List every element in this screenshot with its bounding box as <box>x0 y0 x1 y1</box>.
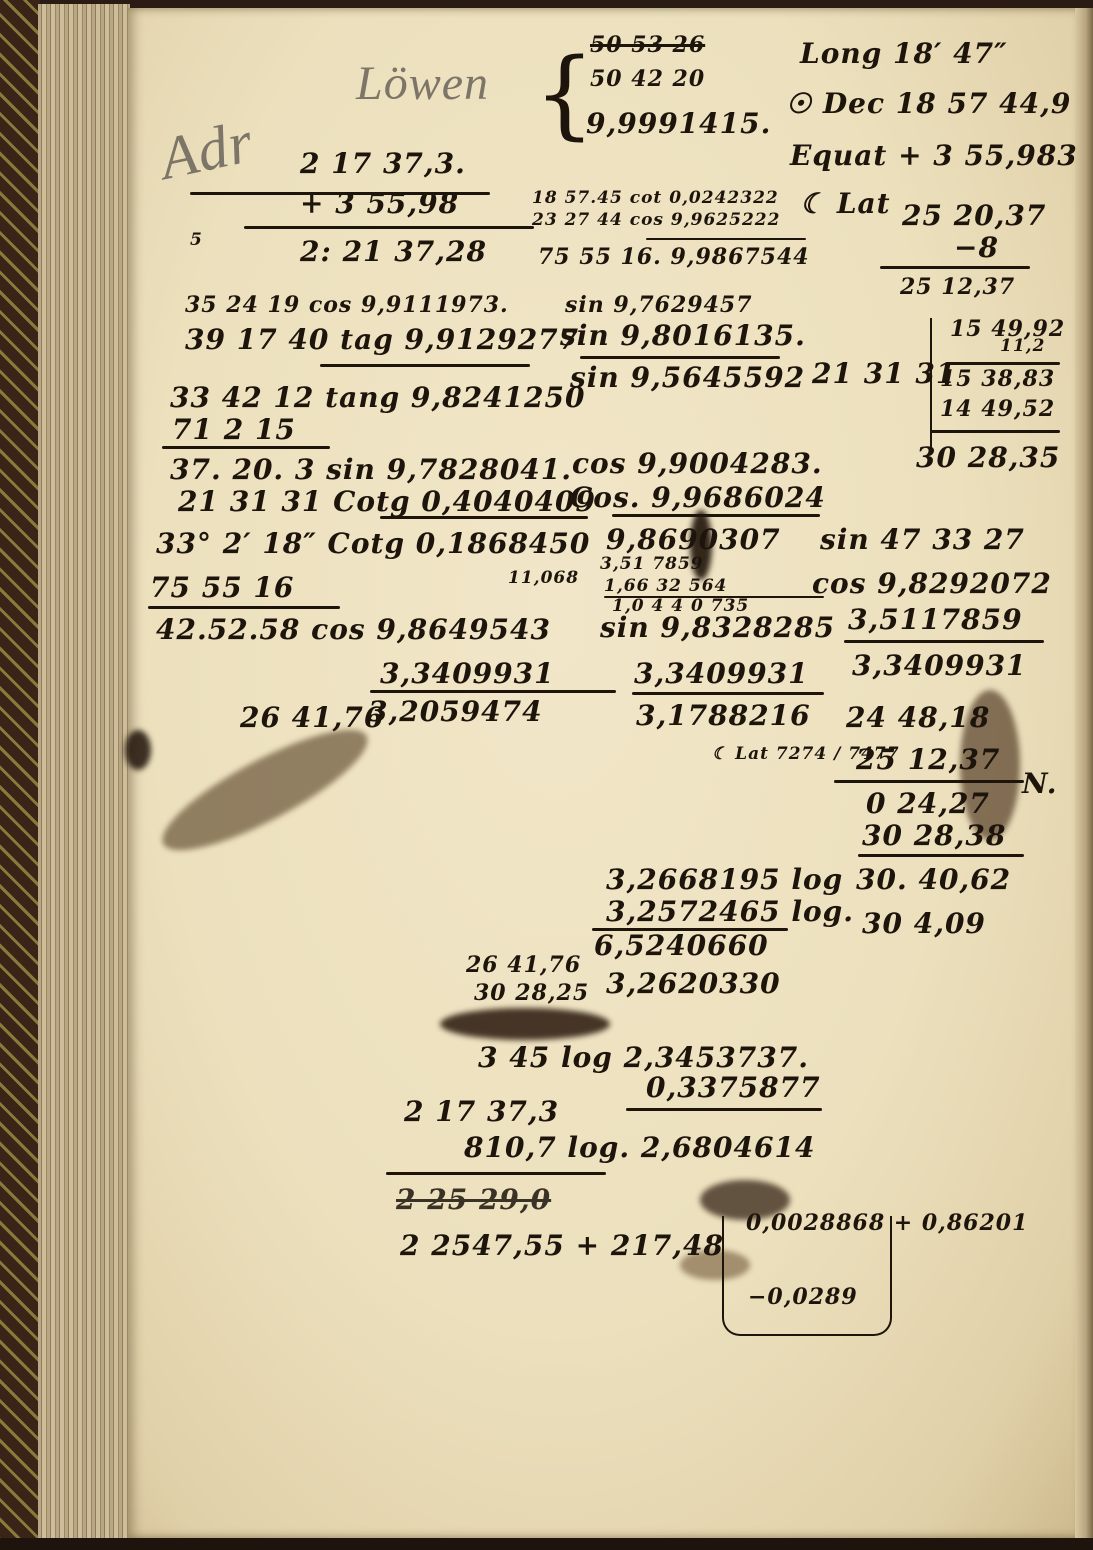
cot-row: 18 57.45 cot 0,0242322 <box>532 190 779 207</box>
moon-lat-result: 25 12,37 <box>900 276 1015 298</box>
row-tang: 33 42 12 tang 9,8241250 <box>170 384 586 412</box>
rule <box>626 1108 822 1111</box>
c1-top: 3,3409931 <box>380 660 555 688</box>
struck-value: 2 25 29,0 <box>396 1186 551 1214</box>
book-cover-edge <box>0 0 40 1550</box>
r-cotg-b: 33° 2′ 18″ Cotg 0,1868450 <box>156 530 590 558</box>
r-cotg: 21 31 31 Cotg 0,4040409 <box>178 488 596 516</box>
zero-row: 0 24,27 <box>866 790 990 818</box>
rule <box>370 690 616 693</box>
rule <box>880 266 1030 269</box>
r-sin-angle: sin 47 33 27 <box>820 526 1025 554</box>
log-half: 3,2620330 <box>606 970 781 998</box>
side-line-2: 11,2 <box>1000 338 1045 355</box>
moon-lat-value: 25 20,37 <box>902 202 1046 230</box>
c1-angle: 26 41,76 <box>240 704 384 732</box>
ang-2: 30 28,25 <box>474 982 589 1004</box>
rule <box>946 362 1060 365</box>
rule <box>930 430 1060 433</box>
cos-row: 23 27 44 cos 9,9625222 <box>532 212 780 229</box>
c3-res: 24 48,18 <box>846 704 990 732</box>
final-sum: 2 2547,55 + 217,48 <box>400 1232 724 1260</box>
place-label: Löwen <box>356 60 489 108</box>
row-sin-a: sin 9,7629457 <box>565 294 753 316</box>
r-sin-d: sin 9,8328285 <box>600 614 835 642</box>
brace-value-2: 50 42 20 <box>590 68 705 90</box>
rule <box>834 780 1024 783</box>
boxed-value: −0,0289 <box>748 1286 858 1308</box>
row-sum: 71 2 15 <box>172 416 296 444</box>
r-mid-a: 11,068 <box>508 570 579 587</box>
r-mid-b: 3,51 7859 <box>600 556 704 573</box>
side-line-5: 30 28,35 <box>916 444 1060 472</box>
rule <box>612 514 820 517</box>
log-r3: 810,7 log. 2,6804614 <box>464 1134 815 1162</box>
rule <box>244 226 534 229</box>
moon-lat-label: ☾ Lat <box>800 190 891 218</box>
page-gutter-right <box>1075 8 1093 1538</box>
r30-a: 30. 40,62 <box>856 866 1011 894</box>
rule <box>162 446 330 449</box>
log-sum: 6,5240660 <box>594 932 769 960</box>
r-sin: 37. 20. 3 sin 9,7828041. <box>170 456 572 484</box>
sum-row: 75 55 16. 9,9867544 <box>538 246 810 268</box>
page-stack-edges <box>38 4 130 1540</box>
c1-res: 3,2059474 <box>368 698 543 726</box>
side-line-3: 15 38,83 <box>940 368 1055 390</box>
ink-stain <box>125 730 151 770</box>
rule <box>844 640 1044 643</box>
log-r1: 3 45 log 2,3453737. <box>478 1044 809 1072</box>
log-2: 3,2572465 log. <box>606 898 854 926</box>
side-line-4: 14 49,52 <box>940 398 1055 420</box>
long-label: Long 18′ 47″ <box>800 40 1008 68</box>
log-r2: 0,3375877 <box>646 1074 821 1102</box>
rule <box>858 854 1024 857</box>
bracket-box <box>722 1216 892 1336</box>
rule <box>580 356 780 359</box>
r-angle: 75 55 16 <box>150 574 294 602</box>
r-cos-b: Cos. 9,9686024 <box>570 484 826 512</box>
ang-1: 26 41,76 <box>466 954 581 976</box>
r-log: 3,5117859 <box>848 606 1023 634</box>
brace-value-3: 9,9991415. <box>586 110 771 138</box>
r-mid: 9,8690307 <box>606 526 781 554</box>
r-cos-c: cos 9,8292072 <box>812 570 1052 598</box>
rule <box>380 516 588 519</box>
c3-top: 3,3409931 <box>852 652 1027 680</box>
n-mark: N. <box>1022 770 1058 798</box>
side-calc-box <box>930 318 932 448</box>
rule <box>386 1172 606 1175</box>
time-row-3: 2: 21 37,28 <box>300 238 487 266</box>
time-left: 2 17 37,3 <box>404 1098 559 1126</box>
time-row-2: + 3 55,98 <box>300 190 459 218</box>
c2-top: 3,3409931 <box>634 660 809 688</box>
row-cos: 35 24 19 cos 9,9111973. <box>185 294 509 316</box>
row-sin-b: sin 9,8016135. <box>560 322 806 350</box>
r-cos: cos 9,9004283. <box>572 450 823 478</box>
rule <box>320 364 530 367</box>
lat-val: 25 12,37 <box>856 746 1000 774</box>
equat: Equat + 3 55,983 <box>790 142 1078 170</box>
bottom-edge <box>0 1538 1093 1550</box>
r-cos-d: 42.52.58 cos 9,8649543 <box>156 616 551 644</box>
time-row-1: 2 17 37,3. <box>300 150 466 178</box>
row-sin-c: sin 9,5645592 <box>570 364 805 392</box>
rule <box>148 606 340 609</box>
sun-dec: ☉ Dec 18 57 44,9 <box>786 90 1071 118</box>
row-tag: 39 17 40 tag 9,9129277 <box>185 326 579 354</box>
rule <box>632 692 824 695</box>
thirty-row: 30 28,38 <box>862 822 1006 850</box>
moon-lat-corr: −8 <box>954 234 999 262</box>
side-mark: 5 <box>190 232 203 249</box>
rule <box>646 238 806 240</box>
brace-value-1: 50 53 26 <box>590 34 705 56</box>
row-angle: 21 31 31 <box>812 360 956 388</box>
r30-b: 30 4,09 <box>862 910 986 938</box>
ink-stain <box>440 1008 610 1040</box>
c2-res: 3,1788216 <box>636 702 811 730</box>
log-1: 3,2668195 log <box>606 866 843 894</box>
r-mid-c: 1,66 32 564 <box>604 578 727 595</box>
